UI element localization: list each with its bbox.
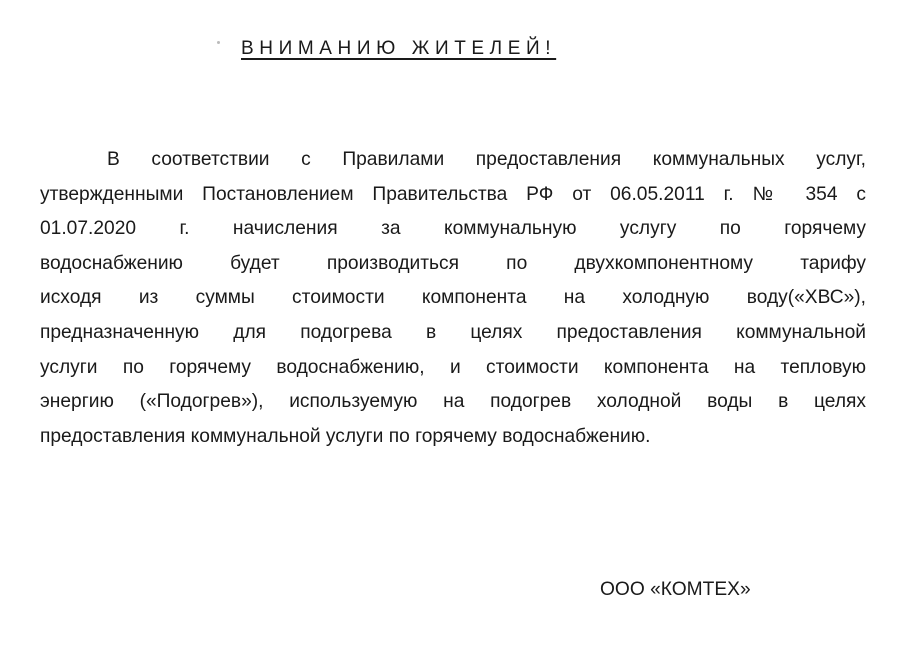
body-line-7: услуги по горячему водоснабжению, и стои…	[40, 351, 866, 386]
body-line-6: предназначенную для подогрева в целях пр…	[40, 316, 866, 351]
body-line-8: энергию («Подогрев»), используемую на по…	[40, 385, 866, 420]
body-line-5: исходя из суммы стоимости компонента на …	[40, 281, 866, 316]
notice-title: ВНИМАНИЮ ЖИТЕЛЕЙ!	[241, 38, 556, 60]
body-line-3: 01.07.2020 г. начисления за коммунальную…	[40, 212, 866, 247]
body-line-2: утвержденными Постановлением Правительст…	[40, 178, 866, 213]
signature: ООО «КОМТЕХ»	[600, 579, 751, 601]
body-line-1: В соответствии с Правилами предоставлени…	[40, 143, 866, 178]
notice-body: В соответствии с Правилами предоставлени…	[40, 143, 866, 454]
scan-speck	[217, 41, 220, 44]
body-line-9: предоставления коммунальной услуги по го…	[40, 420, 866, 455]
body-line-4: водоснабжению будет производиться по дву…	[40, 247, 866, 282]
